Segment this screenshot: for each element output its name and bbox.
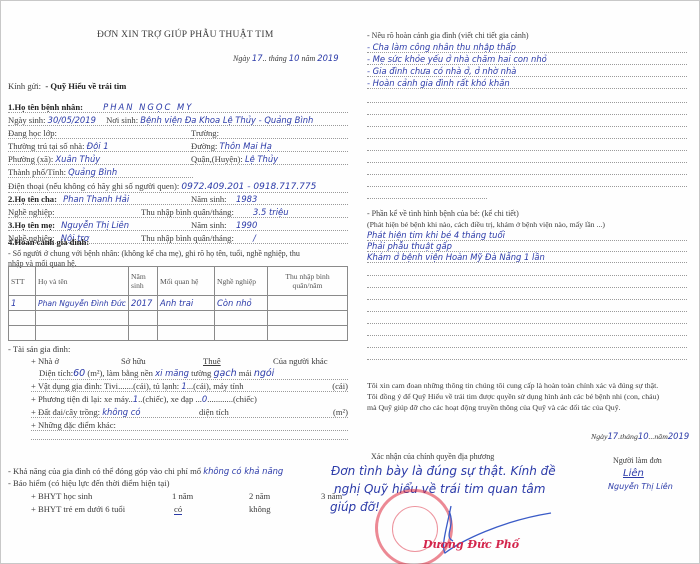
insurance-1y-option[interactable]: 1 năm (172, 491, 193, 501)
dob-birthplace-field[interactable]: Ngày sinh: 30/05/2019 Nơi sinh: Bệnh việ… (8, 115, 348, 126)
illness-line-8[interactable] (367, 323, 687, 324)
insurance-2y-option[interactable]: 2 năm (249, 491, 270, 501)
illness-line-10[interactable] (367, 347, 687, 348)
illness-hint: (Phát hiện bé bệnh khi nào, cách điều tr… (367, 220, 605, 229)
official-signature-icon (421, 501, 561, 561)
col-income: Thu nhập bình quân/năm (268, 267, 348, 296)
official-signer-name: Dương Đức Phố (423, 538, 519, 551)
contribution-field[interactable]: - Khả năng của gia đình có thể đóng góp … (8, 466, 283, 476)
circumstance-line-11[interactable] (367, 174, 687, 175)
applicant-signature: Liên (623, 468, 644, 479)
form-date: Ngày 17.. tháng 10 năm 2019 (233, 53, 339, 63)
circumstance-line-9[interactable] (367, 150, 687, 151)
other-features-field[interactable]: + Những đặc điểm khác: (31, 420, 348, 431)
district-field[interactable]: Quận,(Huyện): Lệ Thủy (191, 154, 348, 165)
vehicles-field[interactable]: + Phương tiện đi lại: xe máy..1..(chiếc)… (31, 394, 257, 404)
circumstance-line-6[interactable] (367, 114, 687, 115)
circumstance-line-12[interactable] (367, 186, 687, 187)
local-note-line-2: nghị Quỹ hiểu về trái tim quan tâm (334, 482, 545, 496)
insurance-child-row: + BHYT trẻ em dưới 6 tuổi có không (31, 504, 331, 514)
mother-name-field[interactable]: 3.Họ tên mẹ: Nguyễn Thị Liên Năm sinh: 1… (8, 220, 348, 231)
house-rented-option[interactable]: Thuê (203, 356, 221, 366)
insurance-heading: - Bảo hiểm (có hiệu lực đến thời điểm hi… (8, 478, 169, 488)
house-area-field[interactable]: Diện tích:60 (m²), làm bằng nền xi măng … (39, 368, 348, 380)
recipient-line: Kính gửi: - Quỹ Hiểu về trái tim (8, 81, 126, 91)
illness-line-7[interactable] (367, 311, 687, 312)
circumstance-line-5[interactable] (367, 102, 687, 103)
phone-field[interactable]: Điện thoại (nếu không có hãy ghi số ngườ… (8, 181, 348, 193)
land-field[interactable]: + Đất đai/cây trồng: không có diện tích … (31, 407, 348, 418)
other-features-line-2[interactable] (31, 439, 348, 440)
school-field[interactable]: Trường: (191, 128, 348, 139)
house-options: + Nhà ở Sở hữu Thuê Của người khác (31, 356, 59, 366)
table-row[interactable] (9, 311, 348, 326)
circumstance-line-8[interactable] (367, 138, 687, 139)
circumstance-line-2[interactable]: - Mẹ sức khỏe yếu ở nhà chăm hai con nhỏ (367, 54, 687, 65)
city-field[interactable]: Thành phố/Tỉnh: Quảng Bình (8, 167, 193, 178)
house-owned-option[interactable]: Sở hữu (121, 356, 146, 366)
applicant-heading: Người làm đơn (613, 456, 662, 465)
house-others-option[interactable]: Của người khác (273, 356, 328, 366)
circumstance-line-7[interactable] (367, 126, 687, 127)
circumstance-line-10[interactable] (367, 162, 687, 163)
circumstance-line-4[interactable]: - Hoàn cảnh gia đình rất khó khăn (367, 78, 687, 89)
illness-line-3[interactable]: Khám ở bệnh viện Hoàn Mỹ Đà Nẵng 1 lần (367, 252, 687, 263)
col-name: Họ và tên (36, 267, 129, 296)
application-form-page: ĐƠN XIN TRỢ GIÚP PHẪU THUẬT TIM Ngày 17.… (0, 0, 700, 564)
table-header-row: STT Họ và tên Năm sinh Mối quan hệ Nghề … (9, 267, 348, 296)
col-birth-year: Năm sinh (129, 267, 158, 296)
father-job-field[interactable]: Nghề nghiệp: Thu nhập bình quân/tháng: 3… (8, 207, 348, 218)
form-title: ĐƠN XIN TRỢ GIÚP PHẪU THUẬT TIM (97, 30, 274, 40)
col-stt: STT (9, 267, 36, 296)
insurance-yes-option[interactable]: có (174, 504, 182, 515)
father-name-field[interactable]: 2.Họ tên cha: Phan Thanh Hải Năm sinh: 1… (8, 194, 348, 205)
circumstance-line-13[interactable] (367, 198, 487, 199)
illness-line-5[interactable] (367, 287, 687, 288)
insurance-no-option[interactable]: không (249, 504, 270, 514)
col-job: Nghề nghiệp (215, 267, 268, 296)
insurance-student-row: + BHYT học sinh 1 năm 2 năm 3 năm (31, 491, 331, 501)
table-row[interactable]: 1 Phan Nguyễn Đình Đức 2017 Anh trai Còn… (9, 296, 348, 311)
circumstance-heading: - Nêu rõ hoàn cảnh gia đình (viết chi ti… (367, 31, 529, 40)
applicant-name: Nguyễn Thị Liên (608, 482, 673, 491)
circumstance-line-3[interactable]: - Gia đình chưa có nhà ở, ở nhờ nhà (367, 66, 687, 77)
table-row[interactable] (9, 326, 348, 341)
local-note-line-3: giúp đỡ! (330, 500, 380, 514)
street-field[interactable]: Đường: Thôn Mai Hạ (191, 141, 348, 152)
illness-line-2[interactable]: Phải phẫu thuật gấp (367, 241, 687, 252)
declaration-line-3: mà Quỹ giúp đỡ cho các hoạt động truyền … (367, 403, 621, 412)
illness-line-9[interactable] (367, 335, 687, 336)
col-relationship: Mối quan hệ (158, 267, 215, 296)
illness-line-11[interactable] (367, 359, 687, 360)
appliances-field[interactable]: + Vật dụng gia đình: Tivi.......(cái), t… (31, 381, 348, 392)
local-note-line-1: Đơn tình bày là đúng sự thật. Kính đề (331, 464, 556, 478)
illness-heading: - Phần kể về tình hình bệnh của bé: (kể … (367, 209, 519, 218)
local-confirmation-heading: Xác nhận của chính quyền địa phương (371, 452, 494, 461)
illness-line-4[interactable] (367, 275, 687, 276)
declaration-line-2: Tôi đồng ý để Quỹ Hiểu về trái tim được … (367, 392, 659, 401)
family-heading: 4.Hoàn cảnh gia đình: (8, 237, 89, 247)
ward-field[interactable]: Phường (xã): Xuân Thủy (8, 154, 193, 165)
household-members-table: STT Họ và tên Năm sinh Mối quan hệ Nghề … (8, 266, 348, 341)
assets-heading: - Tài sản gia đình: (8, 344, 70, 354)
declaration-date: Ngày17.tháng10...năm2019 (591, 431, 689, 441)
patient-name-field[interactable]: 1.Họ tên bệnh nhân: PHAN NGỌC MY (8, 102, 348, 113)
declaration-line-1: Tôi xin cam đoan những thông tin chúng t… (367, 381, 658, 390)
illness-line-1[interactable]: Phát hiện tim khi bé 4 tháng tuổi (367, 230, 687, 241)
circumstance-line-1[interactable]: - Cha làm công nhân thu nhập thấp (367, 42, 687, 53)
address-field[interactable]: Thường trú tại số nhà: Đội 1 (8, 141, 193, 152)
family-instruction-1: - Số người ở chung với bệnh nhân: (không… (8, 249, 300, 258)
illness-line-6[interactable] (367, 299, 687, 300)
class-field[interactable]: Đang học lớp: (8, 128, 193, 139)
